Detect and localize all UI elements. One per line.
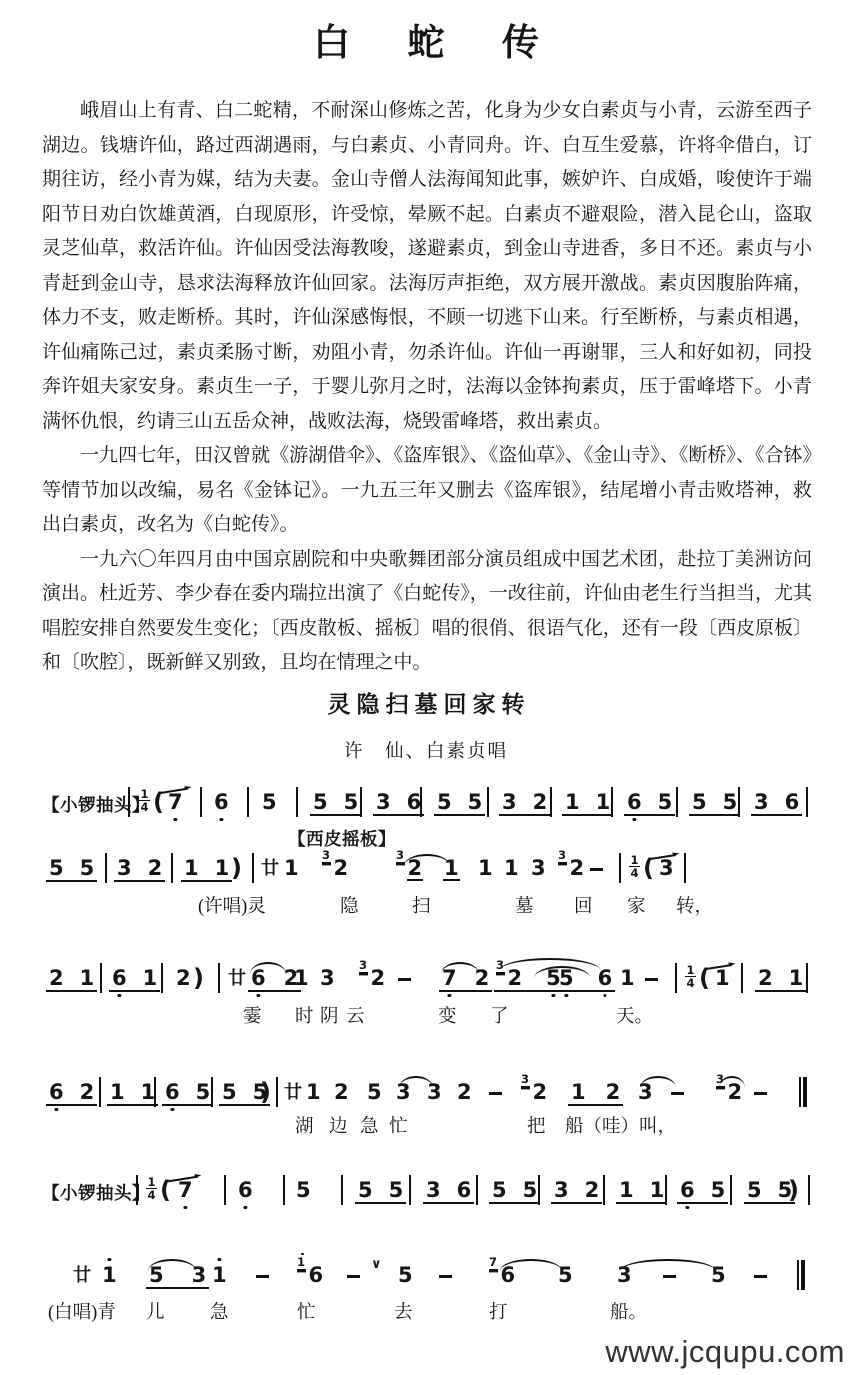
- lyric: 霎: [243, 1002, 262, 1028]
- beamed-notes: 21: [46, 968, 97, 992]
- lyric: 打: [489, 1298, 508, 1324]
- barline: [218, 963, 220, 993]
- note: 1: [619, 968, 636, 989]
- note: 16: [297, 1265, 324, 1286]
- lyric: 隐: [340, 892, 359, 918]
- parenthesis: (: [699, 965, 710, 991]
- barline: [154, 1077, 156, 1107]
- note: 32: [716, 1082, 743, 1103]
- beamed-notes: 55: [46, 858, 97, 882]
- lyric: 阴: [320, 1002, 339, 1028]
- parenthesis: ): [193, 965, 204, 991]
- note: 1: [211, 1265, 228, 1286]
- slur: [640, 1076, 676, 1088]
- aria-title: 灵隐扫墓回家转: [0, 686, 852, 719]
- intro-paragraph-3: 一九六〇年四月由中国京剧院和中央歌舞团部分演员组成中国艺术团，赴拉丁美洲访问演出…: [42, 543, 812, 681]
- barline: [276, 1077, 278, 1107]
- percussion-label: 【小锣抽头】: [42, 792, 150, 817]
- lyric: 急: [210, 1298, 229, 1324]
- barline: [247, 787, 249, 817]
- note: 5: [295, 1180, 312, 1201]
- watermark-url: www.jcqupu.com: [605, 1334, 845, 1370]
- duration-dash: [754, 1275, 767, 1278]
- lyric: 回: [574, 892, 593, 918]
- beamed-notes: 11: [616, 1180, 667, 1204]
- note: 3: [395, 1082, 412, 1103]
- lyric: 转，: [676, 892, 713, 918]
- beamed-notes: 12: [568, 1082, 623, 1106]
- note: 7: [177, 1180, 194, 1201]
- lyric: (许唱)灵: [198, 892, 266, 918]
- lyrics-line-2: (许唱)灵隐扫墓回家转，: [0, 892, 852, 918]
- barline: [224, 1175, 226, 1205]
- grace-note: 3: [521, 1074, 530, 1087]
- beamed-notes: 56: [556, 968, 615, 992]
- free-meter-mark: 廿: [261, 858, 279, 878]
- beamed-notes: 55: [689, 792, 740, 816]
- duration-dash: [590, 868, 603, 871]
- lyrics-line-6: (白唱)青儿急忙去打船。: [0, 1298, 852, 1324]
- note: 3: [426, 1082, 443, 1103]
- note: 3: [658, 858, 675, 879]
- parenthesis: (: [643, 855, 654, 881]
- lyric: 墓: [515, 892, 534, 918]
- beamed-notes: 65: [677, 1180, 728, 1204]
- free-meter-mark: 廿: [228, 968, 246, 988]
- lyric: 变: [438, 1002, 457, 1028]
- percussion-label: 【西皮摇板】: [288, 826, 396, 851]
- beamed-notes: 53: [146, 1265, 209, 1289]
- glide-arrow: [706, 964, 732, 970]
- barline: [538, 1175, 540, 1205]
- beamed-notes: 36: [373, 792, 424, 816]
- note: 1: [503, 858, 520, 879]
- note: 5: [710, 1265, 727, 1286]
- slur: [500, 1259, 562, 1271]
- lyric: 急: [360, 1112, 379, 1138]
- glide-arrow: [168, 1176, 198, 1183]
- duration-dash: [754, 1092, 767, 1095]
- barline: [603, 1175, 605, 1205]
- slur: [250, 962, 286, 974]
- grace-note: 3: [496, 960, 505, 973]
- barline: [211, 1077, 213, 1107]
- glide-arrow: [158, 788, 188, 795]
- time-signature: 14: [139, 788, 150, 813]
- music-line-5: 【小锣抽头】14(76555365532116555): [0, 1170, 852, 1216]
- beamed-notes: 36: [751, 792, 802, 816]
- music-line-6: 廿153116∨576535: [0, 1255, 852, 1301]
- lyric: 儿: [146, 1298, 165, 1324]
- lyric: 天。: [616, 1002, 653, 1028]
- slur: [404, 854, 450, 866]
- duration-dash: [489, 1092, 502, 1095]
- duration-dash: [663, 1275, 676, 1278]
- beamed-notes: 55: [744, 1180, 795, 1204]
- note: 6: [237, 1180, 254, 1201]
- lyric: 去: [394, 1298, 413, 1324]
- barline: [611, 787, 613, 817]
- note: 3: [637, 1082, 654, 1103]
- barline: [283, 1175, 285, 1205]
- duration-dash: [347, 1275, 360, 1278]
- beamed-notes: 55: [355, 1180, 406, 1204]
- lyric: 云: [346, 1002, 365, 1028]
- music-line-3: 21612)廿6213327232556114(121: [0, 958, 852, 1004]
- note: 2: [175, 968, 192, 989]
- final-barline: [797, 1260, 805, 1290]
- beamed-notes: 65: [162, 1082, 213, 1106]
- note: 32: [521, 1082, 548, 1103]
- barline: [420, 787, 422, 817]
- note: 76: [489, 1265, 516, 1286]
- lyrics-line-4: 湖边急忙把船（哇）叫，: [0, 1112, 852, 1138]
- barline: [738, 787, 740, 817]
- barline: [128, 787, 130, 817]
- note: 1: [477, 858, 494, 879]
- grace-note: 3: [359, 960, 368, 973]
- note: 1: [293, 968, 310, 989]
- note: 32: [322, 858, 349, 879]
- beamed-notes: 11: [107, 1082, 158, 1106]
- lyrics-line-3: 霎时阴云变了天。: [0, 1002, 852, 1028]
- barline: [99, 1077, 101, 1107]
- note: 1: [305, 1082, 322, 1103]
- synopsis-text: 峨眉山上有青、白二蛇精，不耐深山修炼之苦，化身为少女白素贞与小青，云游至西子湖边…: [42, 94, 812, 681]
- time-signature: 14: [629, 854, 640, 879]
- barline: [409, 1175, 411, 1205]
- parenthesis: (: [153, 789, 164, 815]
- barline: [136, 1175, 138, 1205]
- duration-dash: [439, 1275, 452, 1278]
- beamed-notes: 32: [114, 858, 165, 882]
- barline: [665, 1175, 667, 1205]
- note: 3: [530, 858, 547, 879]
- lyric: 忙: [297, 1298, 316, 1324]
- slur: [441, 962, 479, 974]
- duration-dash: [671, 1092, 684, 1095]
- beamed-notes: 11: [181, 858, 232, 882]
- duration-dash: [645, 978, 658, 981]
- grace-note: 1: [297, 1257, 306, 1270]
- lyric: 了: [490, 1002, 509, 1028]
- tempo-label-row: 【西皮摇板】: [0, 816, 852, 862]
- time-signature: 14: [146, 1176, 157, 1201]
- slur: [500, 958, 600, 970]
- grace-note: 3: [396, 850, 405, 863]
- barline: [619, 853, 621, 883]
- barline: [200, 787, 202, 817]
- lyric: 船（哇）叫，: [565, 1112, 676, 1138]
- barline: [252, 853, 254, 883]
- beamed-notes: 55: [434, 792, 485, 816]
- note: 5: [397, 1265, 414, 1286]
- lyric: 家: [627, 892, 646, 918]
- lyric: 边: [329, 1112, 348, 1138]
- beamed-notes: 65: [624, 792, 675, 816]
- beamed-notes: 55: [489, 1180, 540, 1204]
- final-barline: [799, 1077, 807, 1107]
- glide-arrow: [650, 854, 676, 860]
- barline: [341, 1175, 343, 1205]
- free-meter-mark: 廿: [73, 1265, 91, 1285]
- grace-note: 3: [558, 850, 567, 863]
- slur: [399, 1076, 433, 1088]
- intro-paragraph-1: 峨眉山上有青、白二蛇精，不耐深山修炼之苦，化身为少女白素贞与小青，云游至西子湖边…: [42, 94, 812, 439]
- beamed-notes: 55: [310, 792, 361, 816]
- page-title: 白蛇传: [0, 12, 852, 66]
- note: 3: [319, 968, 336, 989]
- slur: [719, 1076, 745, 1088]
- beamed-notes: 325: [494, 968, 564, 992]
- lyric: 湖: [295, 1112, 314, 1138]
- beamed-notes: 21: [755, 968, 806, 992]
- note: 1: [443, 858, 460, 881]
- barline: [684, 853, 686, 883]
- lyric: 忙: [389, 1112, 408, 1138]
- barline: [806, 963, 808, 993]
- barline: [487, 787, 489, 817]
- lyric: (白唱)青: [48, 1298, 116, 1324]
- barline: [100, 963, 102, 993]
- barline: [676, 787, 678, 817]
- note: 2: [456, 1082, 473, 1103]
- barline: [741, 963, 743, 993]
- parenthesis: (: [160, 1177, 171, 1203]
- beamed-notes: 32: [499, 792, 550, 816]
- slur: [534, 966, 590, 978]
- note: 32: [558, 858, 585, 879]
- beamed-notes: 61: [109, 968, 160, 992]
- grace-note: 3: [322, 850, 331, 863]
- duration-dash: [256, 1275, 269, 1278]
- grace-note: 7: [489, 1257, 498, 1270]
- time-signature: 14: [685, 964, 696, 989]
- barline: [171, 853, 173, 883]
- barline: [550, 787, 552, 817]
- intro-paragraph-2: 一九四七年，田汉曾就《游湖借伞》、《盗库银》、《盗仙草》、《金山寺》、《断桥》、…: [42, 439, 812, 543]
- lyric: 船。: [610, 1298, 647, 1324]
- barline: [105, 853, 107, 883]
- barline: [296, 787, 298, 817]
- note: 32: [359, 968, 386, 989]
- barline: [161, 963, 163, 993]
- grace-note: 3: [716, 1074, 725, 1087]
- note: 1: [283, 858, 300, 879]
- beamed-notes: 11: [562, 792, 613, 816]
- beamed-notes: 62: [46, 1082, 97, 1106]
- parenthesis: ): [788, 1177, 799, 1203]
- note: 32: [396, 858, 423, 881]
- slur: [148, 1259, 196, 1271]
- beamed-notes: 72: [439, 968, 492, 992]
- beamed-notes: 32: [551, 1180, 602, 1204]
- music-line-4: 62116555)廿1253323212332: [0, 1072, 852, 1118]
- beamed-notes: 62: [248, 968, 301, 992]
- duration-dash: [398, 978, 411, 981]
- note: 1: [101, 1265, 118, 1286]
- note: 1: [714, 968, 731, 989]
- lyric: 把: [527, 1112, 546, 1138]
- slur: [620, 1259, 716, 1271]
- note: 6: [213, 792, 230, 813]
- note: 5: [557, 1265, 574, 1286]
- parenthesis: ): [231, 855, 242, 881]
- lyric: 扫: [412, 892, 431, 918]
- beamed-notes: 36: [423, 1180, 474, 1204]
- sheet-page: 白蛇传 峨眉山上有青、白二蛇精，不耐深山修炼之苦，化身为少女白素贞与小青，云游至…: [0, 0, 852, 1375]
- music-line-2: 553211)廿1323211133214(3: [0, 848, 852, 894]
- percussion-label: 【小锣抽头】: [42, 1180, 150, 1205]
- music-line-1: 【小锣抽头】14(7655536553211655536: [0, 782, 852, 828]
- singers-line: 许 仙、白素贞唱: [0, 737, 852, 763]
- note: 3: [616, 1265, 633, 1286]
- barline: [806, 787, 808, 817]
- note: 7: [167, 792, 184, 813]
- beamed-notes: 55: [219, 1082, 270, 1106]
- lyric: 时: [295, 1002, 314, 1028]
- free-meter-mark: 廿: [284, 1082, 302, 1102]
- breath-mark: ∨: [371, 1257, 382, 1272]
- barline: [808, 1175, 810, 1205]
- barline: [730, 1175, 732, 1205]
- barline: [675, 963, 677, 993]
- note: 5: [366, 1082, 383, 1103]
- note: 2: [333, 1082, 350, 1103]
- barline: [360, 787, 362, 817]
- barline: [476, 1175, 478, 1205]
- parenthesis: ): [260, 1079, 271, 1105]
- note: 5: [261, 792, 278, 813]
